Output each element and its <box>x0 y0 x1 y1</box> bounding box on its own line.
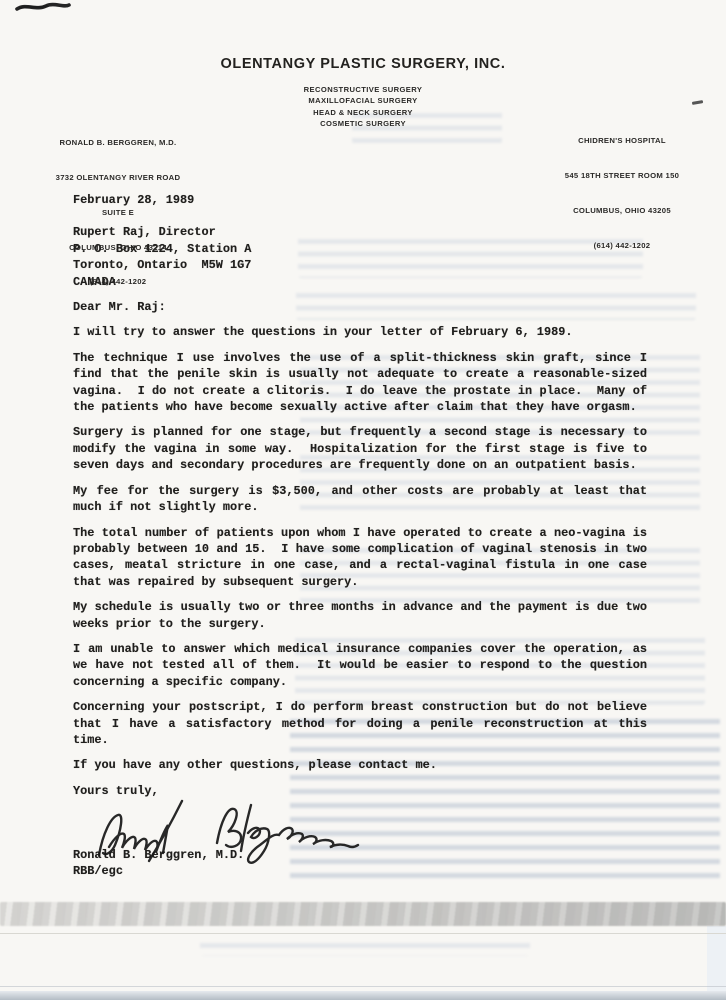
specialty-line: MAXILLOFACIAL SURGERY <box>0 95 726 106</box>
body-paragraph: I am unable to answer which medical insu… <box>73 641 647 690</box>
scanned-letter-page: OLENTANGY PLASTIC SURGERY, INC. RECONSTR… <box>0 0 726 1000</box>
address-line: (614) 442-1202 <box>56 276 181 288</box>
pen-mark-artifact <box>14 0 72 14</box>
letterhead-company-name: OLENTANGY PLASTIC SURGERY, INC. <box>0 56 726 72</box>
signature-block: Ronald B. Berggren, M.D. <box>73 801 647 863</box>
address-line: (614) 442-1202 <box>565 240 679 252</box>
address-line: COLUMBUS, OHIO 43214 <box>56 242 181 254</box>
letterhead-right-address: CHIDREN'S HOSPITAL 545 18TH STREET ROOM … <box>565 112 679 274</box>
address-line: 545 18TH STREET ROOM 150 <box>565 170 679 182</box>
body-paragraph: I will try to answer the questions in yo… <box>73 324 647 340</box>
scan-line-artifact <box>0 933 726 934</box>
body-paragraph: My fee for the surgery is $3,500, and ot… <box>73 483 647 516</box>
page-bottom-edge <box>0 991 726 1000</box>
body-paragraph: The total number of patients upon whom I… <box>73 525 647 591</box>
bleed-through-artifact <box>200 940 530 956</box>
specialty-line: RECONSTRUCTIVE SURGERY <box>0 84 726 95</box>
body-paragraph: If you have any other questions, please … <box>73 757 647 773</box>
address-line: COLUMBUS, OHIO 43205 <box>565 205 679 217</box>
body-paragraph: Surgery is planned for one stage, but fr… <box>73 424 647 473</box>
scan-noise-band <box>0 902 726 926</box>
scan-line-artifact <box>0 986 726 987</box>
address-line: CHIDREN'S HOSPITAL <box>565 135 679 147</box>
handwritten-signature <box>85 793 365 869</box>
body-paragraph: The technique I use involves the use of … <box>73 350 647 416</box>
letterhead-left-address: RONALD B. BERGGREN, M.D. 3732 OLENTANGY … <box>56 114 181 311</box>
body-paragraph: My schedule is usually two or three mont… <box>73 599 647 632</box>
body-paragraph: Concerning your postscript, I do perform… <box>73 699 647 748</box>
address-line: 3732 OLENTANGY RIVER ROAD <box>56 172 181 184</box>
address-line: SUITE E <box>56 207 181 219</box>
address-line: RONALD B. BERGGREN, M.D. <box>56 137 181 149</box>
scan-edge-artifact <box>707 926 726 1000</box>
